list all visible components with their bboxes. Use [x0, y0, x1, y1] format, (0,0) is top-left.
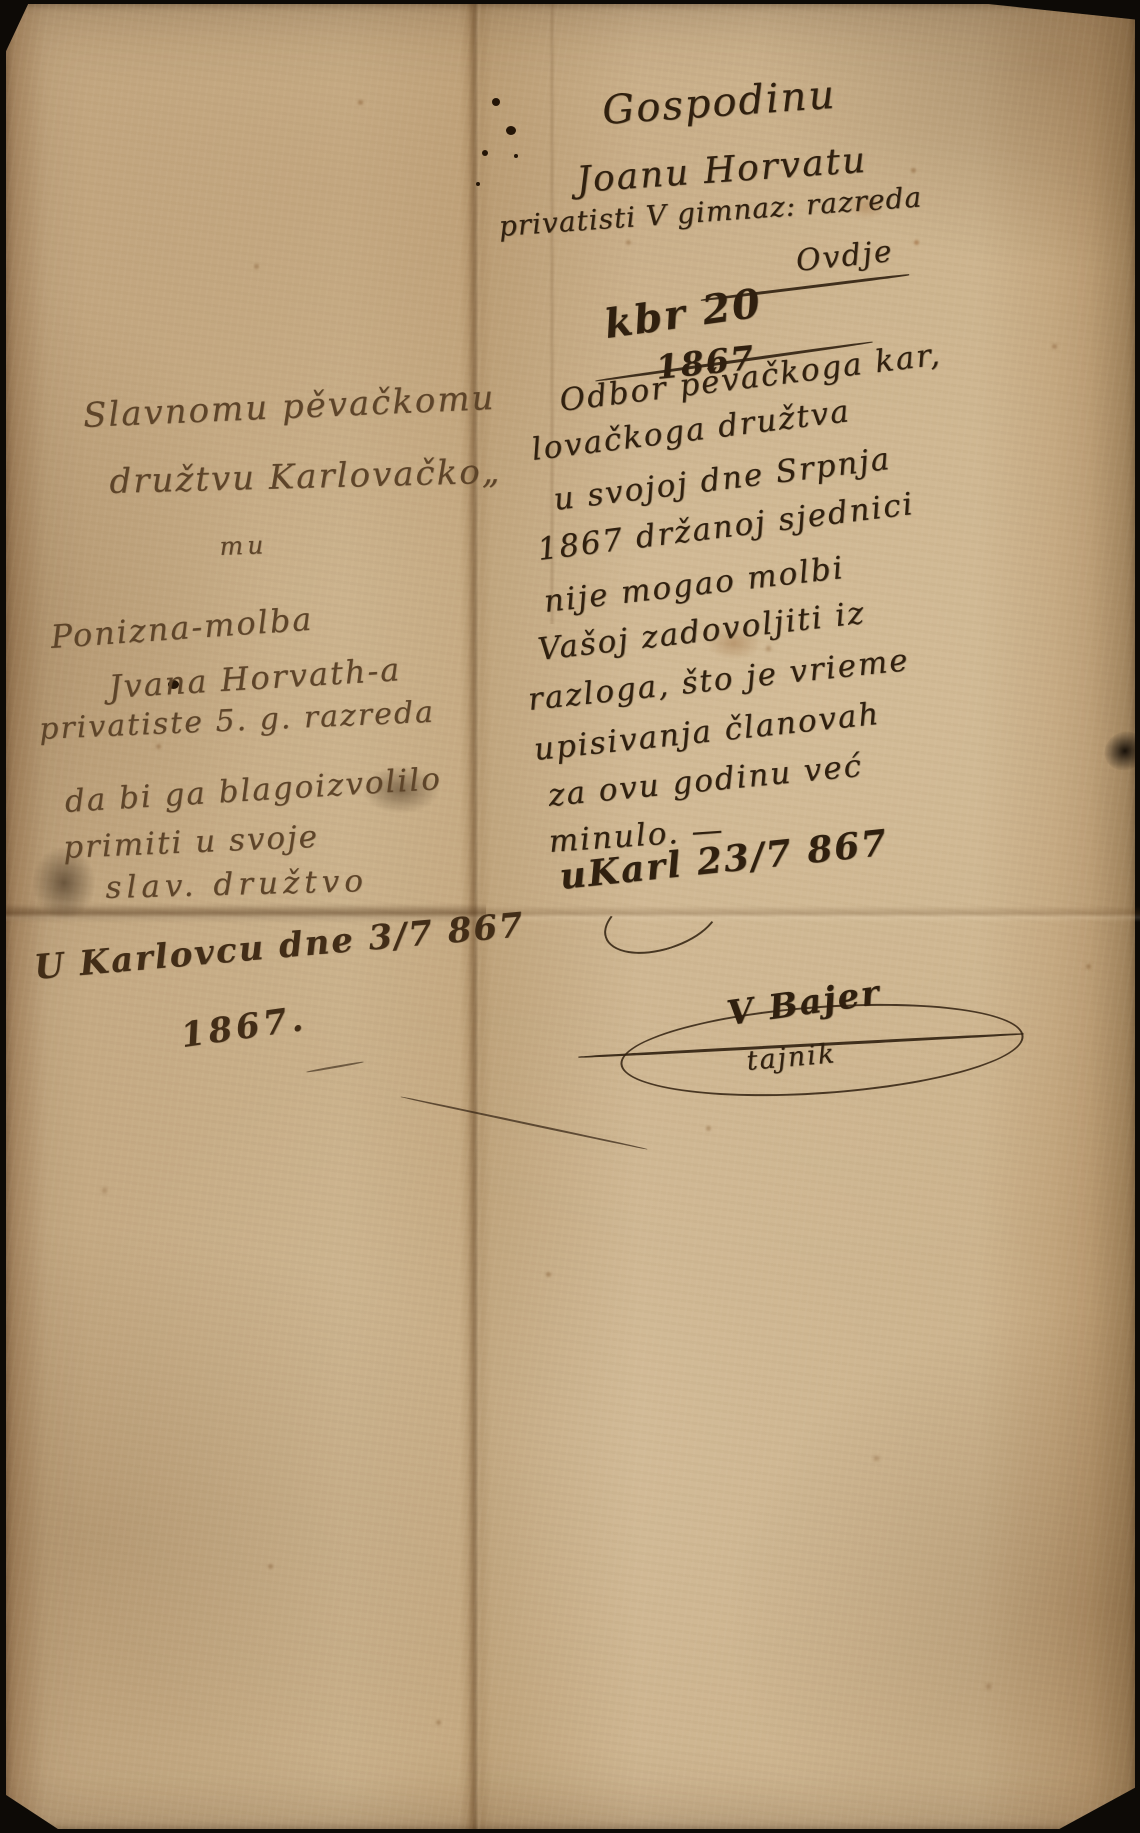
manuscript-paper: Slavnomu pěvačkomu družtvu Karlovačko„ m…	[6, 4, 1135, 1829]
ink-dot	[482, 150, 488, 156]
verso-line-request-3: slav. družtvo	[105, 863, 368, 906]
ink-dot	[492, 98, 500, 106]
ink-dot	[514, 154, 518, 158]
ink-dot	[506, 126, 516, 135]
photograph-background: { "document": { "kind": "handwritten man…	[0, 0, 1140, 1833]
verso-line-society-3: mu	[219, 530, 268, 561]
ink-dot	[476, 182, 480, 186]
